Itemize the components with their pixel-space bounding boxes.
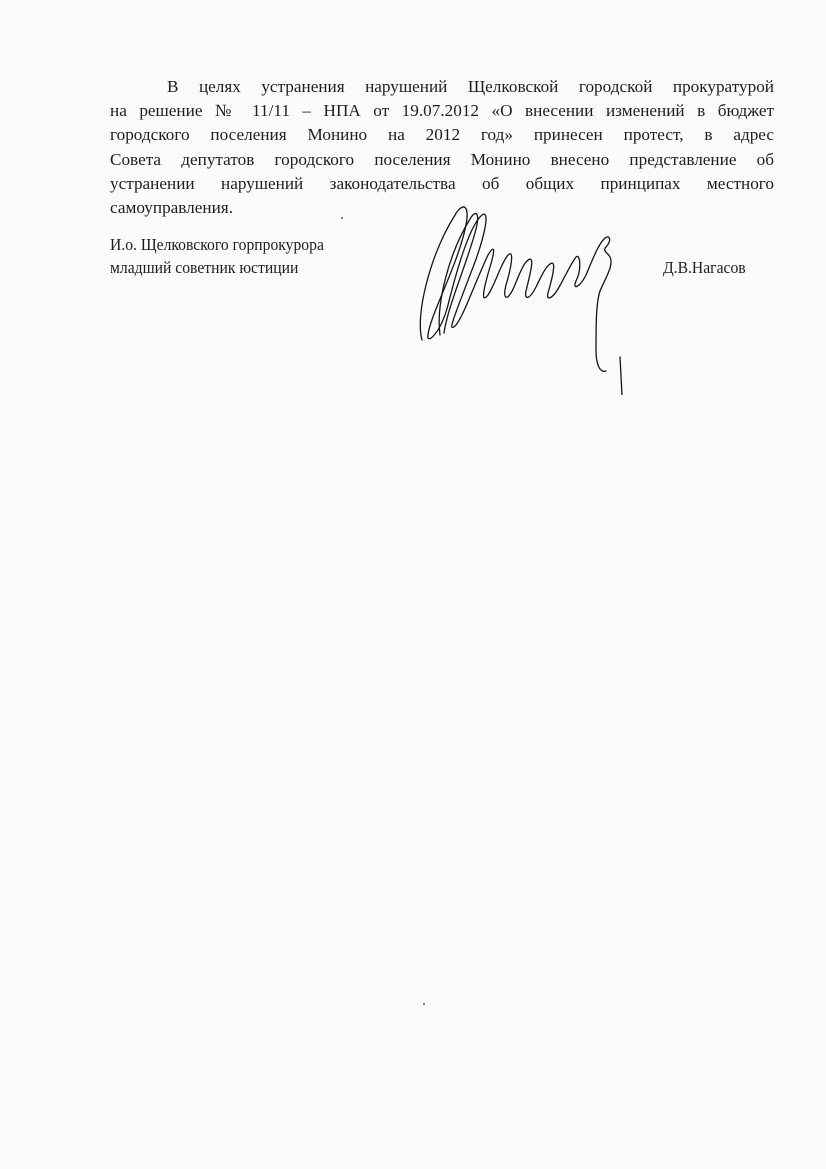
body-line: устранении нарушений законодательства об… [110,172,774,196]
body-line: В целях устранения нарушений Щелковской … [110,75,774,99]
body-line: на решение № 11/11 – НПА от 19.07.2012 «… [110,99,774,123]
scan-speck [423,1003,425,1005]
signatory-position-title: И.о. Щелковского горпрокурора [110,233,324,256]
scan-speck [341,217,343,219]
signatory-position: И.о. Щелковского горпрокурора младший со… [110,233,324,279]
signatory-name: Д.В.Нагасов [663,256,746,279]
handwritten-signature-icon [400,195,640,395]
body-line: городского поселения Монино на 2012 год»… [110,123,774,147]
signatory-rank: младший советник юстиции [110,256,324,279]
body-line: Совета депутатов городского поселения Мо… [110,148,774,172]
